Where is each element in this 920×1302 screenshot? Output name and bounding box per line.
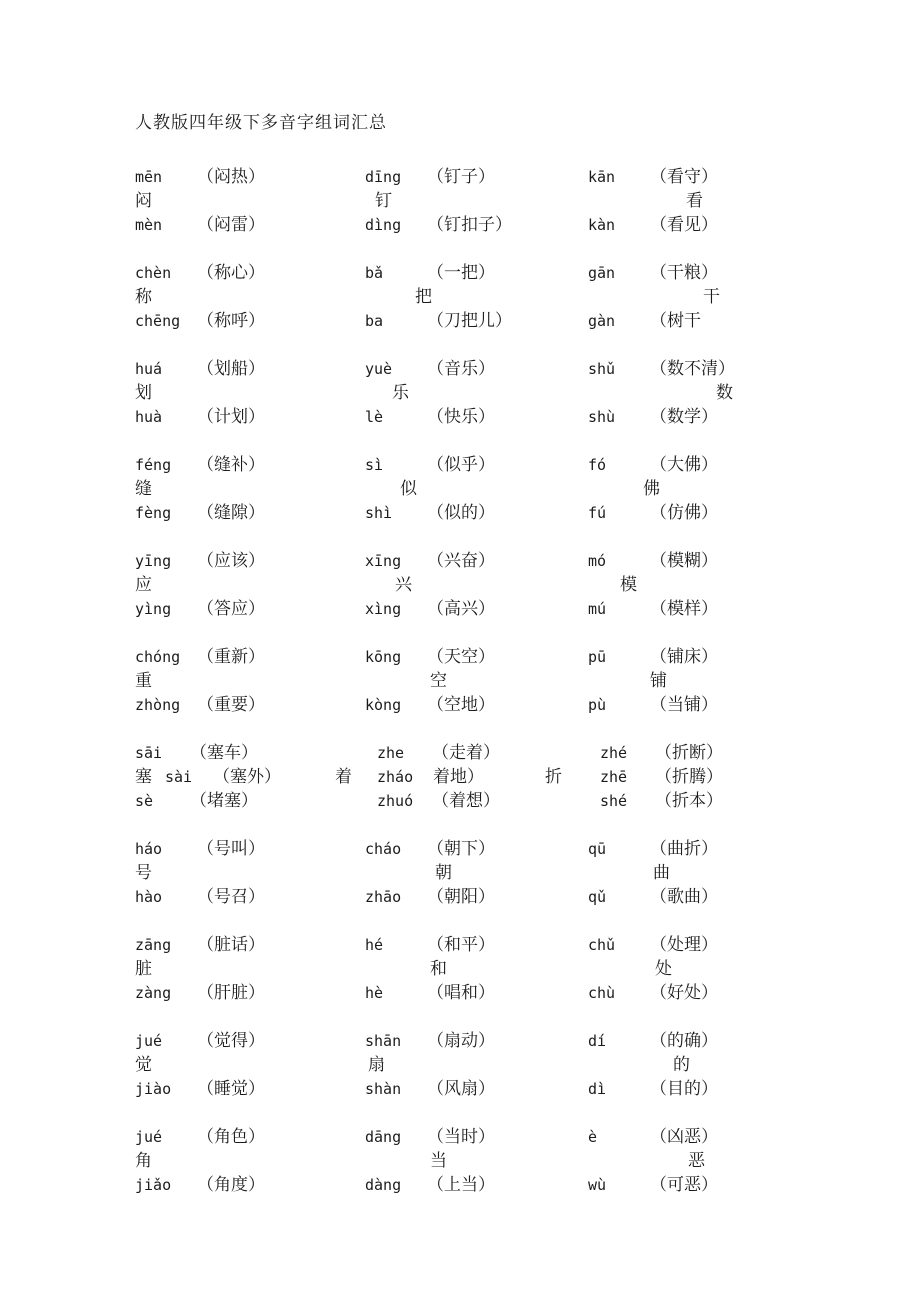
- example-word: （好处）: [650, 983, 718, 1003]
- example-word: （称呼）: [197, 311, 265, 331]
- page-title: 人教版四年级下多音字组词汇总: [135, 110, 387, 136]
- hanzi-character: 空: [365, 669, 447, 693]
- character-line: 重: [135, 669, 365, 693]
- pinyin: chèn: [135, 261, 197, 285]
- reading-line: chù（好处）: [588, 981, 920, 1005]
- pinyin: wù: [588, 1173, 650, 1197]
- example-word: （折断）: [655, 743, 723, 763]
- character-entry: féng（缝补）缝fèng（缝隙）: [135, 453, 365, 525]
- hanzi-character: 角: [135, 1149, 152, 1173]
- pinyin: shǔ: [588, 357, 650, 381]
- example-word: （看守）: [650, 167, 718, 187]
- character-entry: sì（似乎）似shì（似的）: [365, 453, 588, 525]
- hanzi-character: 看: [588, 189, 703, 213]
- pinyin: mó: [588, 549, 650, 573]
- example-word: （似的）: [427, 503, 495, 523]
- reading-line: dàng（上当）: [365, 1173, 588, 1197]
- example-word: （塞车）: [190, 743, 258, 763]
- example-word: （闷雷）: [197, 215, 265, 235]
- example-word: （朝阳）: [427, 887, 495, 907]
- hanzi-character: 乐: [365, 381, 409, 405]
- example-word: （刀把儿）: [427, 311, 512, 331]
- hanzi-character: 恶: [588, 1149, 705, 1173]
- example-word: （当铺）: [650, 695, 718, 715]
- reading-line: shì（似的）: [365, 501, 588, 525]
- pinyin: cháo: [365, 837, 427, 861]
- pinyin: kān: [588, 165, 650, 189]
- hanzi-character: 闷: [135, 189, 152, 213]
- pinyin: pū: [588, 645, 650, 669]
- character-line: 脏: [135, 957, 365, 981]
- reading-line: jué（角色）: [135, 1125, 365, 1149]
- character-line: 缝: [135, 477, 365, 501]
- reading-line: dì（目的）: [588, 1077, 920, 1101]
- reading-line: chǔ（处理）: [588, 933, 920, 957]
- reading-line: chóng（重新）: [135, 645, 365, 669]
- character-line: 钉: [365, 189, 588, 213]
- character-line: 觉: [135, 1053, 365, 1077]
- character-entry: cháo（朝下）朝zhāo（朝阳）: [365, 837, 588, 909]
- example-word: （大佛）: [650, 455, 718, 475]
- example-word: （高兴）: [427, 599, 495, 619]
- pinyin: dàng: [365, 1173, 427, 1197]
- reading-line: yìng（答应）: [135, 597, 365, 621]
- pinyin-group: jué（觉得）觉jiào（睡觉）shān（扇动）扇shàn（风扇）dí（的确）的…: [135, 1029, 920, 1101]
- reading-line: zāng（脏话）: [135, 933, 365, 957]
- reading-line: mēn（闷热）: [135, 165, 365, 189]
- example-word: （铺床）: [650, 647, 718, 667]
- reading-line: qū（曲折）: [588, 837, 920, 861]
- example-word: （模糊）: [650, 551, 718, 571]
- example-word: （干粮）: [650, 263, 718, 283]
- reading-line: zhāo（朝阳）: [365, 885, 588, 909]
- reading-line: sāi（塞车）: [135, 741, 365, 765]
- reading-line: wù（可恶）: [588, 1173, 920, 1197]
- pinyin: sì: [365, 453, 427, 477]
- character-line: 曲: [588, 861, 920, 885]
- example-word: （快乐）: [427, 407, 495, 427]
- pinyin: mú: [588, 597, 650, 621]
- pinyin: è: [588, 1125, 650, 1149]
- pinyin: shān: [365, 1029, 427, 1053]
- pinyin-group: chèn（称心）称chēng（称呼）bǎ（一把）把ba（刀把儿）gān（干粮）干…: [135, 261, 920, 333]
- reading-line: dìng（钉扣子）: [365, 213, 588, 237]
- example-word: （角色）: [197, 1127, 265, 1147]
- example-word: （歌曲）: [650, 887, 718, 907]
- hanzi-character: 把: [365, 285, 432, 309]
- character-line: 折zhē（折腾）: [545, 765, 920, 789]
- hanzi-character: 塞: [135, 765, 152, 789]
- reading-line: féng（缝补）: [135, 453, 365, 477]
- reading-line: zhòng（重要）: [135, 693, 365, 717]
- document-page: 人教版四年级下多音字组词汇总 mēn（闷热）闷mèn（闷雷）dīng（钉子）钉d…: [0, 0, 920, 1302]
- example-word: （天空）: [427, 647, 495, 667]
- character-line: 塞sài（塞外）: [135, 765, 365, 789]
- example-word: （和平）: [427, 935, 495, 955]
- reading-line: huà（计划）: [135, 405, 365, 429]
- example-word: （堵塞）: [190, 791, 258, 811]
- pinyin: zhāo: [365, 885, 427, 909]
- example-word: （脏话）: [197, 935, 265, 955]
- character-entry: chǔ（处理）处chù（好处）: [588, 933, 920, 1005]
- reading-line: shù（数学）: [588, 405, 920, 429]
- pinyin: shé: [600, 789, 655, 813]
- character-line: 空: [365, 669, 588, 693]
- character-entry: yīng（应该）应yìng（答应）: [135, 549, 365, 621]
- pinyin: kōng: [365, 645, 427, 669]
- example-word: （重要）: [197, 695, 265, 715]
- pinyin: dìng: [365, 213, 427, 237]
- example-word: （闷热）: [197, 167, 265, 187]
- pinyin: zāng: [135, 933, 197, 957]
- pinyin: shì: [365, 501, 427, 525]
- reading-line: bǎ（一把）: [365, 261, 588, 285]
- example-word: （计划）: [197, 407, 265, 427]
- pinyin: jiào: [135, 1077, 197, 1101]
- example-word: （肝脏）: [197, 983, 265, 1003]
- character-line: 模: [588, 573, 920, 597]
- reading-line: jué（觉得）: [135, 1029, 365, 1053]
- example-word: （折腾）: [655, 767, 723, 787]
- pinyin: jué: [135, 1029, 197, 1053]
- character-entry: fó（大佛）佛fú（仿佛）: [588, 453, 920, 525]
- hanzi-character: 折: [545, 765, 562, 789]
- hanzi-character: 数: [588, 381, 733, 405]
- pinyin: yuè: [365, 357, 427, 381]
- pinyin: chóng: [135, 645, 197, 669]
- character-entry: jué（角色）角jiǎo（角度）: [135, 1125, 365, 1197]
- pinyin: hé: [365, 933, 427, 957]
- character-line: 当: [365, 1149, 588, 1173]
- character-line: 看: [588, 189, 920, 213]
- character-entry: kān（看守）看kàn（看见）: [588, 165, 920, 237]
- pinyin: bǎ: [365, 261, 427, 285]
- reading-line: shé（折本）: [588, 789, 920, 813]
- character-line: 和: [365, 957, 588, 981]
- example-word: （目的）: [650, 1079, 718, 1099]
- character-line: 角: [135, 1149, 365, 1173]
- pinyin: dí: [588, 1029, 650, 1053]
- example-word: （模样）: [650, 599, 718, 619]
- reading-line: yuè（音乐）: [365, 357, 588, 381]
- example-word: （音乐）: [427, 359, 495, 379]
- hanzi-character: 干: [588, 285, 720, 309]
- pinyin: qǔ: [588, 885, 650, 909]
- reading-line: kòng（空地）: [365, 693, 588, 717]
- pinyin: pù: [588, 693, 650, 717]
- reading-line: zhe（走着）: [365, 741, 588, 765]
- character-line: 的: [588, 1053, 920, 1077]
- character-line: 扇: [365, 1053, 588, 1077]
- example-word: （折本）: [655, 791, 723, 811]
- pinyin: chù: [588, 981, 650, 1005]
- reading-line: gān（干粮）: [588, 261, 920, 285]
- pinyin: ba: [365, 309, 427, 333]
- reading-line: fèng（缝隙）: [135, 501, 365, 525]
- example-word: （一把）: [427, 263, 495, 283]
- character-line: 把: [365, 285, 588, 309]
- example-word: （朝下）: [427, 839, 495, 859]
- character-entry: sāi（塞车）塞sài（塞外）sè（堵塞）: [135, 741, 365, 813]
- pinyin: zhòng: [135, 693, 197, 717]
- example-word: （数学）: [650, 407, 718, 427]
- example-word: （塞外）: [213, 767, 281, 787]
- example-word: （上当）: [427, 1175, 495, 1195]
- example-word: （仿佛）: [650, 503, 718, 523]
- reading-line: kān（看守）: [588, 165, 920, 189]
- reading-line: jiǎo（角度）: [135, 1173, 365, 1197]
- hanzi-character: 觉: [135, 1053, 152, 1077]
- example-word: （划船）: [197, 359, 265, 379]
- character-entry: kōng（天空）空kòng（空地）: [365, 645, 588, 717]
- character-entry: dāng（当时）当dàng（上当）: [365, 1125, 588, 1197]
- hanzi-character: 称: [135, 285, 152, 309]
- hanzi-character: 和: [365, 957, 447, 981]
- hanzi-character: 的: [588, 1053, 690, 1077]
- example-word: （称心）: [197, 263, 265, 283]
- example-word: （数不清）: [650, 359, 735, 379]
- reading-line: sè（堵塞）: [135, 789, 365, 813]
- example-word: （钉扣子）: [427, 215, 512, 235]
- pinyin: chēng: [135, 309, 197, 333]
- character-entry: shān（扇动）扇shàn（风扇）: [365, 1029, 588, 1101]
- character-line: 铺: [588, 669, 920, 693]
- hanzi-character: 扇: [365, 1053, 385, 1077]
- character-entry: mēn（闷热）闷mèn（闷雷）: [135, 165, 365, 237]
- reading-line: kōng（天空）: [365, 645, 588, 669]
- pinyin: shàn: [365, 1077, 427, 1101]
- character-line: 划: [135, 381, 365, 405]
- hanzi-character: 模: [588, 573, 637, 597]
- reading-line: sì（似乎）: [365, 453, 588, 477]
- hanzi-character: 朝: [365, 861, 452, 885]
- example-word: （缝隙）: [197, 503, 265, 523]
- character-entry: è（凶恶）恶wù（可恶）: [588, 1125, 920, 1197]
- example-word: （曲折）: [650, 839, 718, 859]
- pinyin: dāng: [365, 1125, 427, 1149]
- example-word: （号召）: [197, 887, 265, 907]
- example-word: （看见）: [650, 215, 718, 235]
- pinyin: huá: [135, 357, 197, 381]
- character-entry: háo（号叫）号hào（号召）: [135, 837, 365, 909]
- character-line: 恶: [588, 1149, 920, 1173]
- reading-line: chēng（称呼）: [135, 309, 365, 333]
- character-entry: dí（的确）的dì（目的）: [588, 1029, 920, 1101]
- reading-line: chèn（称心）: [135, 261, 365, 285]
- example-word: （凶恶）: [650, 1127, 718, 1147]
- pinyin-group: féng（缝补）缝fèng（缝隙）sì（似乎）似shì（似的）fó（大佛）佛fú…: [135, 453, 920, 525]
- pinyin: jué: [135, 1125, 197, 1149]
- pinyin: huà: [135, 405, 197, 429]
- character-entry: pū（铺床）铺pù（当铺）: [588, 645, 920, 717]
- hanzi-character: 处: [588, 957, 672, 981]
- hanzi-character: 脏: [135, 957, 152, 981]
- pinyin: fèng: [135, 501, 197, 525]
- reading-line: yīng（应该）: [135, 549, 365, 573]
- example-word: （应该）: [197, 551, 265, 571]
- hanzi-character: 似: [365, 477, 417, 501]
- character-entry: hé（和平）和hè（唱和）: [365, 933, 588, 1005]
- pinyin: háo: [135, 837, 197, 861]
- character-entry: bǎ（一把）把ba（刀把儿）: [365, 261, 588, 333]
- hanzi-character: 号: [135, 861, 152, 885]
- character-entry: zāng（脏话）脏zàng（肝脏）: [135, 933, 365, 1005]
- hanzi-character: 缝: [135, 477, 152, 501]
- pinyin: dīng: [365, 165, 427, 189]
- example-word: （空地）: [427, 695, 495, 715]
- hanzi-character: 钉: [365, 189, 392, 213]
- word-list: mēn（闷热）闷mèn（闷雷）dīng（钉子）钉dìng（钉扣子）kān（看守）…: [135, 165, 920, 1221]
- pinyin: yìng: [135, 597, 197, 621]
- pinyin: fó: [588, 453, 650, 477]
- example-word: 着地）: [433, 767, 484, 787]
- reading-line: dīng（钉子）: [365, 165, 588, 189]
- reading-line: zhuó（着想）: [365, 789, 588, 813]
- reading-line: lè（快乐）: [365, 405, 588, 429]
- example-word: （重新）: [197, 647, 265, 667]
- character-entry: huá（划船）划huà（计划）: [135, 357, 365, 429]
- character-entry: mó（模糊）模mú（模样）: [588, 549, 920, 621]
- character-line: 似: [365, 477, 588, 501]
- reading-line: mú（模样）: [588, 597, 920, 621]
- character-line: 兴: [365, 573, 588, 597]
- character-line: 干: [588, 285, 920, 309]
- pinyin: xìng: [365, 597, 427, 621]
- character-line: 佛: [588, 477, 920, 501]
- pinyin-group: jué（角色）角jiǎo（角度）dāng（当时）当dàng（上当）è（凶恶）恶w…: [135, 1125, 920, 1197]
- hanzi-character: 铺: [588, 669, 667, 693]
- example-word: （觉得）: [197, 1031, 265, 1051]
- hanzi-character: 当: [365, 1149, 447, 1173]
- reading-line: pù（当铺）: [588, 693, 920, 717]
- reading-line: pū（铺床）: [588, 645, 920, 669]
- reading-line: xìng（高兴）: [365, 597, 588, 621]
- hanzi-character: 着: [335, 765, 352, 789]
- pinyin: xīng: [365, 549, 427, 573]
- example-word: （答应）: [197, 599, 265, 619]
- reading-line: ba（刀把儿）: [365, 309, 588, 333]
- character-line: 闷: [135, 189, 365, 213]
- hanzi-character: 曲: [588, 861, 670, 885]
- pinyin: shù: [588, 405, 650, 429]
- reading-line: dāng（当时）: [365, 1125, 588, 1149]
- pinyin-group: háo（号叫）号hào（号召）cháo（朝下）朝zhāo（朝阳）qū（曲折）曲q…: [135, 837, 920, 909]
- pinyin-group: mēn（闷热）闷mèn（闷雷）dīng（钉子）钉dìng（钉扣子）kān（看守）…: [135, 165, 920, 237]
- pinyin: sè: [135, 789, 190, 813]
- reading-line: háo（号叫）: [135, 837, 365, 861]
- reading-line: hào（号召）: [135, 885, 365, 909]
- pinyin: kàn: [588, 213, 650, 237]
- pinyin: gàn: [588, 309, 650, 333]
- reading-line: huá（划船）: [135, 357, 365, 381]
- pinyin-group: huá（划船）划huà（计划）yuè（音乐）乐lè（快乐）shǔ（数不清）数sh…: [135, 357, 920, 429]
- character-line: 号: [135, 861, 365, 885]
- character-entry: zhé（折断）折zhē（折腾）shé（折本）: [588, 741, 920, 813]
- example-word: （的确）: [650, 1031, 718, 1051]
- pinyin-group: yīng（应该）应yìng（答应）xīng（兴奋）兴xìng（高兴）mó（模糊）…: [135, 549, 920, 621]
- character-line: 处: [588, 957, 920, 981]
- character-entry: chóng（重新）重zhòng（重要）: [135, 645, 365, 717]
- example-word: （钉子）: [427, 167, 495, 187]
- reading-line: xīng（兴奋）: [365, 549, 588, 573]
- example-word: （似乎）: [427, 455, 495, 475]
- pinyin: zhe: [377, 741, 432, 765]
- character-line: 朝: [365, 861, 588, 885]
- character-entry: jué（觉得）觉jiào（睡觉）: [135, 1029, 365, 1101]
- pinyin: sāi: [135, 741, 190, 765]
- example-word: （处理）: [650, 935, 718, 955]
- character-entry: chèn（称心）称chēng（称呼）: [135, 261, 365, 333]
- pinyin: hè: [365, 981, 427, 1005]
- character-line: 称: [135, 285, 365, 309]
- pinyin: sài: [165, 765, 213, 789]
- character-entry: xīng（兴奋）兴xìng（高兴）: [365, 549, 588, 621]
- pinyin-group: chóng（重新）重zhòng（重要）kōng（天空）空kòng（空地）pū（铺…: [135, 645, 920, 717]
- example-word: （睡觉）: [197, 1079, 265, 1099]
- example-word: （树干: [650, 311, 701, 331]
- example-word: （可恶）: [650, 1175, 718, 1195]
- reading-line: shǔ（数不清）: [588, 357, 920, 381]
- reading-line: hé（和平）: [365, 933, 588, 957]
- pinyin: zhé: [600, 741, 655, 765]
- reading-line: è（凶恶）: [588, 1125, 920, 1149]
- reading-line: mó（模糊）: [588, 549, 920, 573]
- reading-line: jiào（睡觉）: [135, 1077, 365, 1101]
- reading-line: zhé（折断）: [588, 741, 920, 765]
- character-entry: shǔ（数不清）数shù（数学）: [588, 357, 920, 429]
- pinyin: zàng: [135, 981, 197, 1005]
- pinyin: qū: [588, 837, 650, 861]
- example-word: （缝补）: [197, 455, 265, 475]
- example-word: （扇动）: [427, 1031, 495, 1051]
- character-line: 应: [135, 573, 365, 597]
- pinyin: féng: [135, 453, 197, 477]
- example-word: （着想）: [432, 791, 500, 811]
- pinyin: zháo: [377, 765, 433, 789]
- reading-line: fó（大佛）: [588, 453, 920, 477]
- pinyin: dì: [588, 1077, 650, 1101]
- reading-line: mèn（闷雷）: [135, 213, 365, 237]
- pinyin: gān: [588, 261, 650, 285]
- example-word: （唱和）: [427, 983, 495, 1003]
- pinyin: lè: [365, 405, 427, 429]
- pinyin: chǔ: [588, 933, 650, 957]
- reading-line: dí（的确）: [588, 1029, 920, 1053]
- character-entry: qū（曲折）曲qǔ（歌曲）: [588, 837, 920, 909]
- pinyin: fú: [588, 501, 650, 525]
- example-word: （兴奋）: [427, 551, 495, 571]
- hanzi-character: 重: [135, 669, 152, 693]
- reading-line: shān（扇动）: [365, 1029, 588, 1053]
- hanzi-character: 兴: [365, 573, 412, 597]
- reading-line: hè（唱和）: [365, 981, 588, 1005]
- hanzi-character: 佛: [588, 477, 660, 501]
- pinyin: kòng: [365, 693, 427, 717]
- hanzi-character: 划: [135, 381, 152, 405]
- pinyin: mēn: [135, 165, 197, 189]
- character-entry: dīng（钉子）钉dìng（钉扣子）: [365, 165, 588, 237]
- reading-line: zàng（肝脏）: [135, 981, 365, 1005]
- example-word: （当时）: [427, 1127, 495, 1147]
- pinyin: yīng: [135, 549, 197, 573]
- example-word: （角度）: [197, 1175, 265, 1195]
- hanzi-character: 应: [135, 573, 152, 597]
- character-entry: yuè（音乐）乐lè（快乐）: [365, 357, 588, 429]
- reading-line: cháo（朝下）: [365, 837, 588, 861]
- pinyin-group: zāng（脏话）脏zàng（肝脏）hé（和平）和hè（唱和）chǔ（处理）处ch…: [135, 933, 920, 1005]
- reading-line: kàn（看见）: [588, 213, 920, 237]
- pinyin: zhē: [600, 765, 655, 789]
